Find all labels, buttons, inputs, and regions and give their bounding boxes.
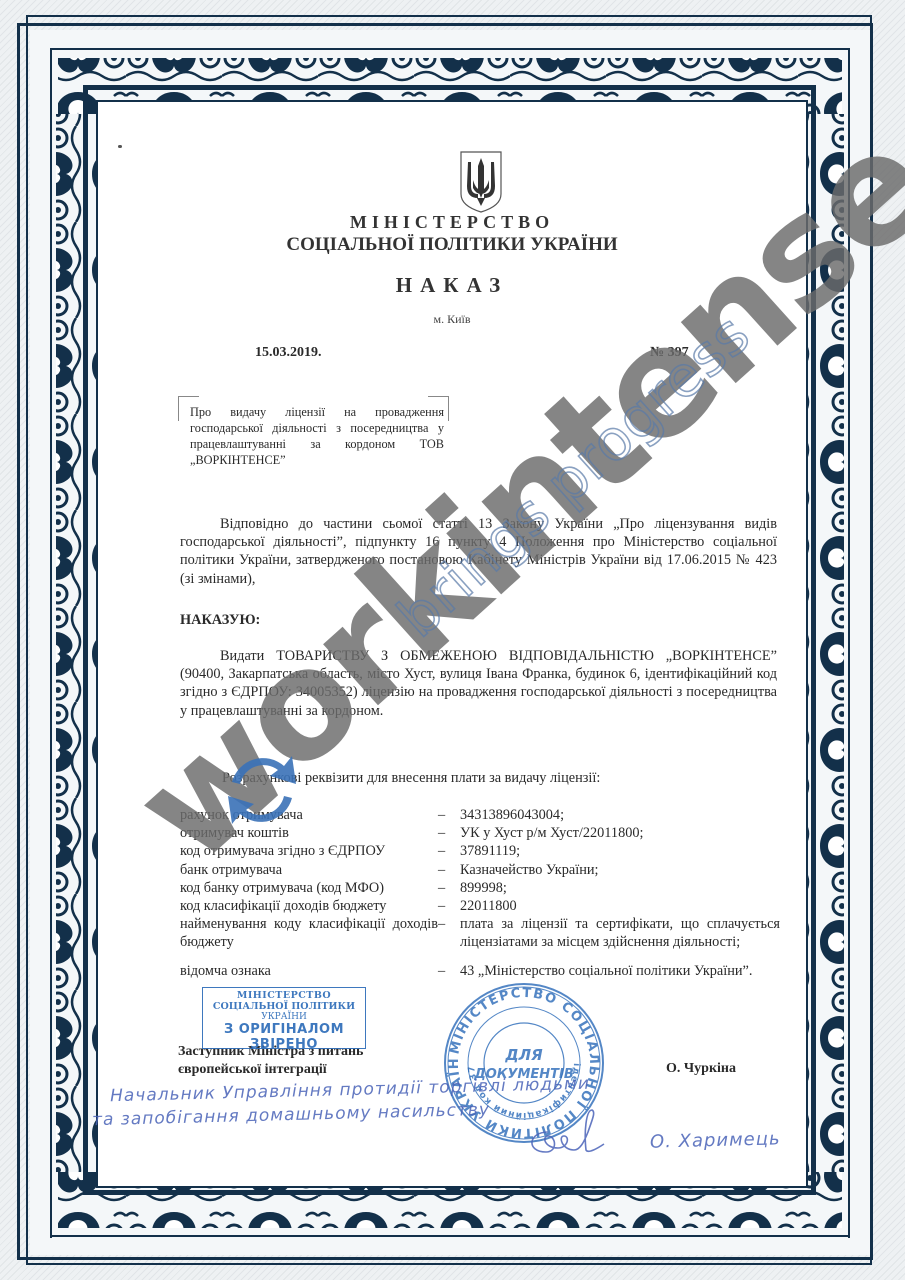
requisite-dash: – — [438, 861, 460, 879]
requisite-value: 34313896043004; — [460, 806, 780, 824]
requisites-intro: Розрахункові реквізити для внесення плат… — [222, 769, 819, 787]
requisite-label: відомча ознака — [180, 962, 438, 980]
order-number: № 397 — [650, 345, 689, 361]
stamp-line: З ОРИГІНАЛОМ ЗВІРЕНО — [203, 1022, 365, 1052]
trident-emblem-icon — [458, 150, 504, 214]
requisite-dash: – — [438, 842, 460, 860]
requisite-label: код отримувача згідно з ЄДРПОУ — [180, 842, 438, 860]
requisite-label: рахунок отримувача — [180, 806, 438, 824]
requisite-label: код банку отримувача (код МФО) — [180, 879, 438, 897]
requisite-dash: – — [438, 915, 460, 951]
order-subject: Про видачу ліцензії на провадження госпо… — [190, 400, 444, 468]
requisite-value: 22011800 — [460, 897, 780, 915]
handwritten-signature: О. Харимець — [650, 1128, 781, 1152]
stamp-line: УКРАЇНИ — [203, 1012, 365, 1022]
orders-label: НАКАЗУЮ: — [180, 612, 260, 629]
stamp-line: МІНІСТЕРСТВО — [203, 990, 365, 1001]
payment-requisites: рахунок отримувача – 34313896043004; отр… — [180, 806, 780, 980]
requisite-label: найменування коду класифікації доходів б… — [180, 915, 438, 951]
requisite-value: плата за ліцензії та сертифікати, що спл… — [460, 915, 780, 951]
stamp-line: СОЦІАЛЬНОЇ ПОЛІТИКИ — [203, 1001, 365, 1012]
requisite-row: код отримувача згідно з ЄДРПОУ – 3789111… — [180, 842, 780, 860]
requisite-value: 37891119; — [460, 842, 780, 860]
requisite-row: найменування коду класифікації доходів б… — [180, 915, 780, 951]
signer-position-line: європейської інтеграції — [178, 1061, 363, 1079]
requisite-row: код банку отримувача (код МФО) – 899998; — [180, 879, 780, 897]
requisite-value: УК у Хуст р/м Хуст/22011800; — [460, 824, 780, 842]
requisite-row: код класифікації доходів бюджету – 22011… — [180, 897, 780, 915]
order-date: 15.03.2019. — [255, 345, 322, 361]
requisite-row: відомча ознака – 43 „Міністерство соціал… — [180, 962, 780, 980]
certified-copy-stamp: МІНІСТЕРСТВО СОЦІАЛЬНОЇ ПОЛІТИКИ УКРАЇНИ… — [202, 987, 366, 1049]
requisite-dash: – — [438, 824, 460, 842]
requisite-dash: – — [438, 806, 460, 824]
requisite-dash: – — [438, 879, 460, 897]
requisite-row: отримувач коштів – УК у Хуст р/м Хуст/22… — [180, 824, 780, 842]
requisite-label: отримувач коштів — [180, 824, 438, 842]
requisite-value: 43 „Міністерство соціальної політики Укр… — [460, 962, 780, 980]
requisite-value: 899998; — [460, 879, 780, 897]
seal-center-text: ДЛЯ — [504, 1046, 543, 1064]
order-paragraph: Видати ТОВАРИСТВУ З ОБМЕЖЕНОЮ ВІДПОВІДАЛ… — [180, 647, 777, 720]
signer-name: О. Чуркіна — [666, 1061, 736, 1077]
requisite-row: рахунок отримувача – 34313896043004; — [180, 806, 780, 824]
order-document: МІНІСТЕРСТВО СОЦІАЛЬНОЇ ПОЛІТИКИ УКРАЇНИ… — [98, 102, 806, 1186]
requisite-label: код класифікації доходів бюджету — [180, 897, 438, 915]
requisite-value: Казначейство України; — [460, 861, 780, 879]
order-title: НАКАЗ — [98, 273, 806, 298]
requisite-label: банк отримувача — [180, 861, 438, 879]
signature-scribble — [518, 1092, 608, 1162]
preamble-paragraph: Відповідно до частини сьомої статті 13 З… — [180, 515, 777, 588]
city: м. Київ — [98, 312, 806, 327]
requisite-dash: – — [438, 897, 460, 915]
requisite-row: банк отримувача – Казначейство України; — [180, 861, 780, 879]
ministry-subtitle: СОЦІАЛЬНОЇ ПОЛІТИКИ УКРАЇНИ — [98, 234, 806, 256]
ministry-title: МІНІСТЕРСТВО — [98, 212, 806, 233]
requisite-dash: – — [438, 962, 460, 980]
